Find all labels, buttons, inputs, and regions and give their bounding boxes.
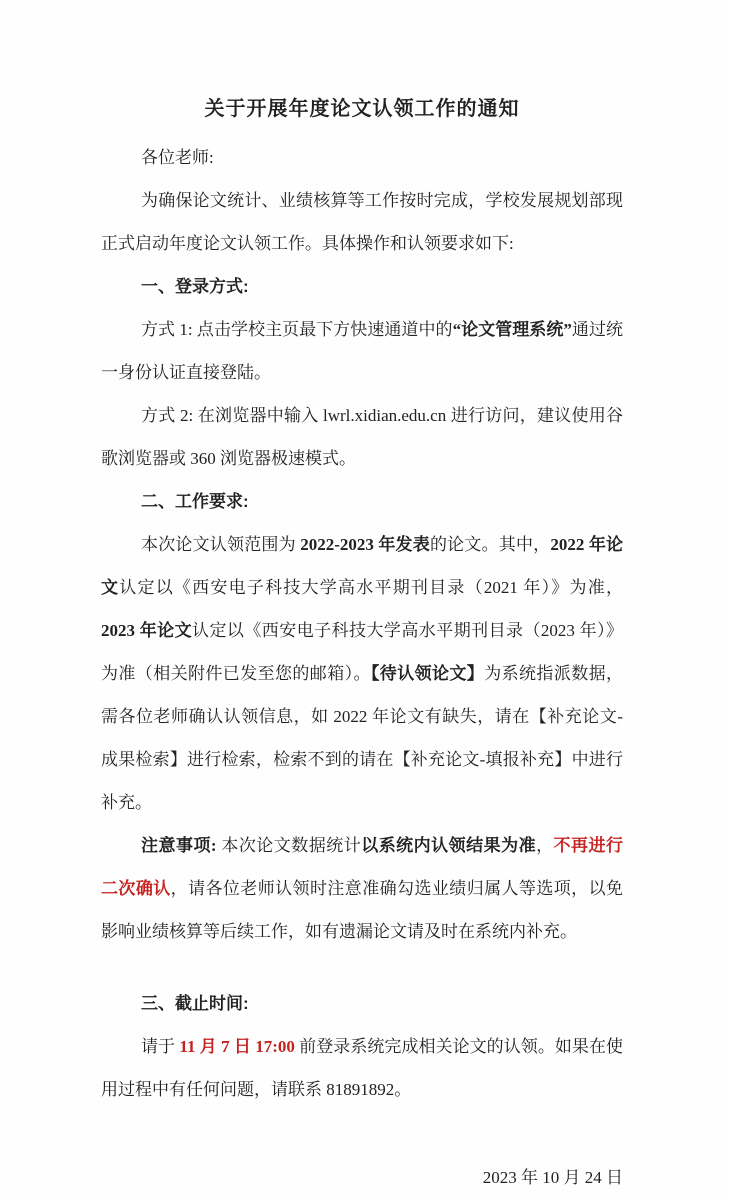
text-run: 的论文。其中， — [430, 535, 550, 554]
text-run: 【待认领论文】 — [371, 664, 484, 683]
text-run: 各位老师: — [141, 148, 214, 167]
text-run: ， — [536, 836, 553, 855]
document-page: 关于开展年度论文认领工作的通知 各位老师:为确保论文统计、业绩核算等工作按时完成… — [0, 0, 729, 1200]
text-run: 为系统指派数据，需各位老师确认认领信息，如 2022 年论文有缺失，请在【补充论… — [101, 664, 623, 812]
paragraph: 本次论文认领范围为 2022-2023 年发表的论文。其中，2022 年论文认定… — [101, 523, 623, 824]
document-body: 各位老师:为确保论文统计、业绩核算等工作按时完成，学校发展规划部现正式启动年度论… — [101, 136, 623, 1111]
text-run: 方式 1: 点击学校主页最下方快速通道中的 — [141, 320, 453, 339]
document-date: 2023 年 10 月 24 日 — [101, 1156, 623, 1199]
paragraph: 方式 1: 点击学校主页最下方快速通道中的“论文管理系统”通过统一身份认证直接登… — [101, 308, 623, 394]
paragraph: 二、工作要求: — [101, 480, 623, 523]
text-run: 2023 年论文 — [101, 621, 192, 640]
text-run: 认定以《西安电子科技大学高水平期刊目录（2021 年）》为准， — [119, 578, 623, 597]
paragraph-spacer — [101, 953, 623, 982]
text-run: 三、截止时间: — [141, 994, 249, 1013]
text-run: 二、工作要求: — [141, 492, 249, 511]
document-title: 关于开展年度论文认领工作的通知 — [101, 94, 623, 124]
paragraph: 为确保论文统计、业绩核算等工作按时完成，学校发展规划部现正式启动年度论文认领工作… — [101, 179, 623, 265]
text-run: 2022-2023 年发表 — [300, 535, 430, 554]
text-run-red: 11 月 7 日 17:00 — [179, 1037, 295, 1056]
text-run: 以系统内认领结果为准 — [361, 836, 536, 855]
paragraph: 三、截止时间: — [101, 982, 623, 1025]
text-run: 注意事项: — [141, 836, 221, 855]
text-run: 方式 2: 在浏览器中输入 lwrl.xidian.edu.cn 进行访问，建议… — [101, 406, 623, 468]
text-run: “论文管理系统” — [453, 320, 572, 339]
paragraph: 各位老师: — [101, 136, 623, 179]
paragraph: 请于 11 月 7 日 17:00 前登录系统完成相关论文的认领。如果在使用过程… — [101, 1025, 623, 1111]
text-run: 请于 — [141, 1037, 179, 1056]
text-run: 一、登录方式: — [141, 277, 249, 296]
text-run: 本次论文认领范围为 — [141, 535, 300, 554]
paragraph: 方式 2: 在浏览器中输入 lwrl.xidian.edu.cn 进行访问，建议… — [101, 394, 623, 480]
text-run: ，请各位老师认领时注意准确勾选业绩归属人等选项，以免影响业绩核算等后续工作，如有… — [101, 879, 623, 941]
text-run: 为确保论文统计、业绩核算等工作按时完成，学校发展规划部现正式启动年度论文认领工作… — [101, 191, 623, 253]
paragraph: 一、登录方式: — [101, 265, 623, 308]
text-run: 本次论文数据统计 — [221, 836, 361, 855]
paragraph: 注意事项: 本次论文数据统计以系统内认领结果为准，不再进行二次确认，请各位老师认… — [101, 824, 623, 953]
